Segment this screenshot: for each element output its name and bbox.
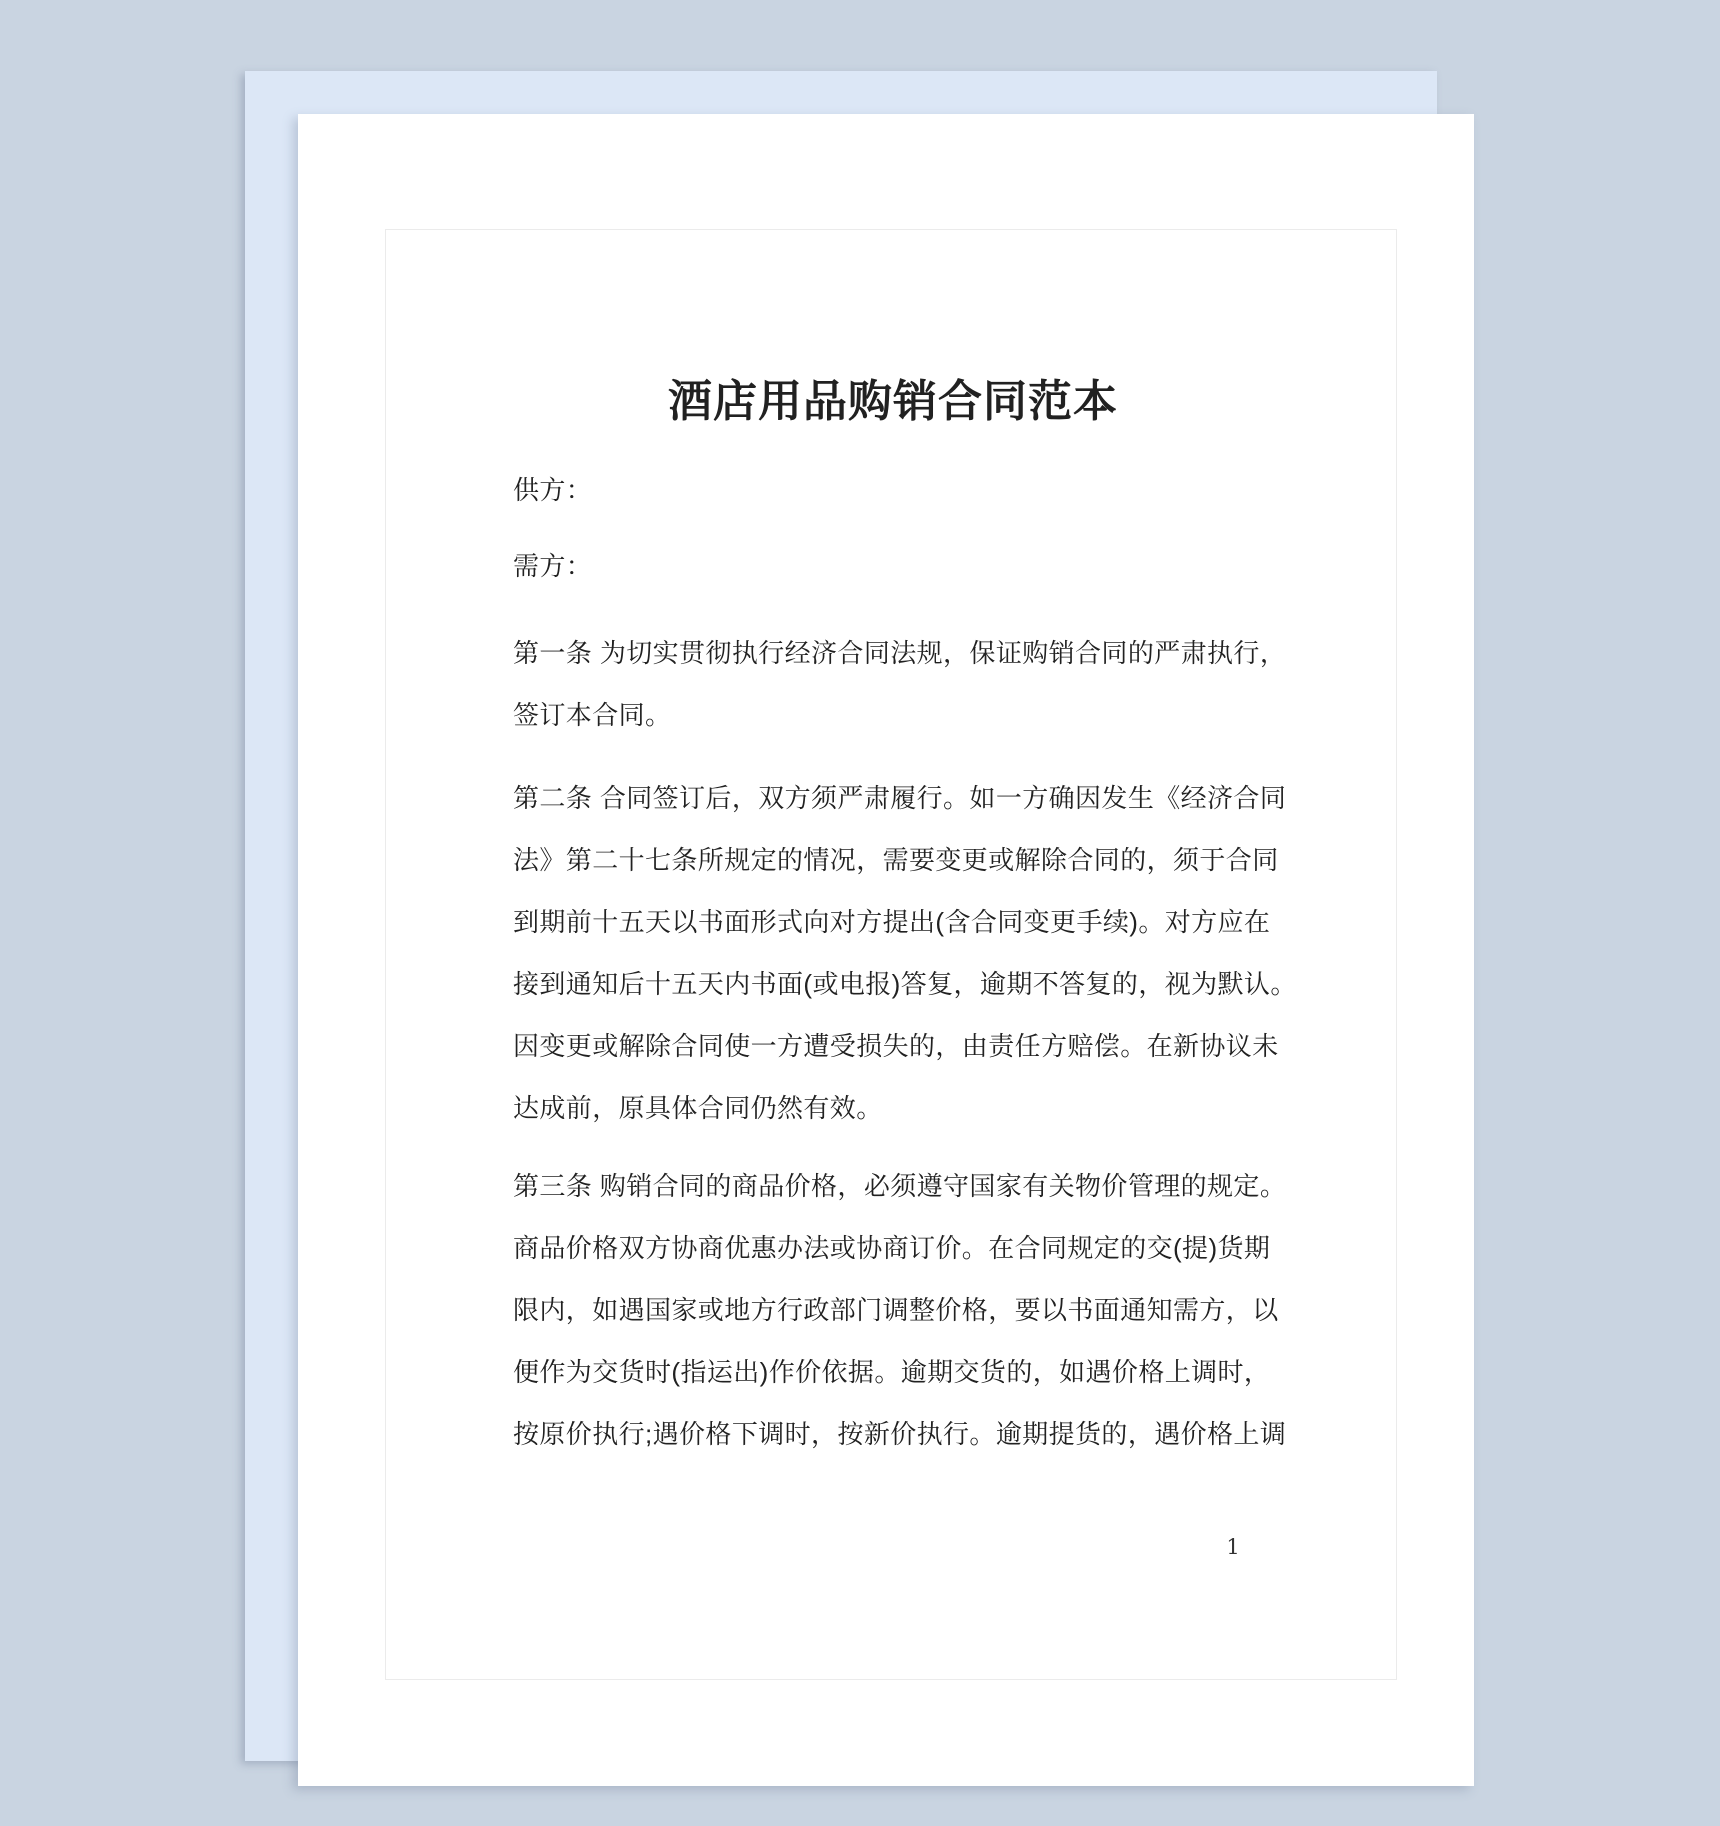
clause-3: 第三条 购销合同的商品价格，必须遵守国家有关物价管理的规定。商品价格双方协商优惠… [513, 1155, 1273, 1465]
document-viewer: 酒店用品购销合同范本 供方：需方：第一条 为切实贯彻执行经济合同法规，保证购销合… [0, 0, 1720, 1826]
clause-1: 第一条 为切实贯彻执行经济合同法规，保证购销合同的严肃执行，签订本合同。 [513, 622, 1273, 746]
supplier-line: 供方： [513, 459, 1273, 521]
text-line: 按原价执行;遇价格下调时，按新价执行。逾期提货的，遇价格上调 [513, 1403, 1273, 1465]
text-line: 商品价格双方协商优惠办法或协商订价。在合同规定的交(提)货期 [513, 1217, 1273, 1279]
page-number: 1 [1203, 1534, 1263, 1560]
text-line: 限内，如遇国家或地方行政部门调整价格，要以书面通知需方，以 [513, 1279, 1273, 1341]
text-line: 供方： [513, 459, 1273, 521]
text-line: 接到通知后十五天内书面(或电报)答复，逾期不答复的，视为默认。 [513, 953, 1273, 1015]
text-line: 签订本合同。 [513, 684, 1273, 746]
text-line: 第一条 为切实贯彻执行经济合同法规，保证购销合同的严肃执行， [513, 622, 1273, 684]
document-content: 供方：需方：第一条 为切实贯彻执行经济合同法规，保证购销合同的严肃执行，签订本合… [513, 114, 1273, 1786]
text-line: 第三条 购销合同的商品价格，必须遵守国家有关物价管理的规定。 [513, 1155, 1273, 1217]
text-line: 达成前，原具体合同仍然有效。 [513, 1077, 1273, 1139]
clause-2: 第二条 合同签订后，双方须严肃履行。如一方确因发生《经济合同法》第二十七条所规定… [513, 767, 1273, 1139]
text-line: 需方： [513, 535, 1273, 597]
text-line: 因变更或解除合同使一方遭受损失的，由责任方赔偿。在新协议未 [513, 1015, 1273, 1077]
text-line: 第二条 合同签订后，双方须严肃履行。如一方确因发生《经济合同 [513, 767, 1273, 829]
buyer-line: 需方： [513, 535, 1273, 597]
text-line: 法》第二十七条所规定的情况，需要变更或解除合同的，须于合同 [513, 829, 1273, 891]
text-line: 到期前十五天以书面形式向对方提出(含合同变更手续)。对方应在 [513, 891, 1273, 953]
document-page: 酒店用品购销合同范本 供方：需方：第一条 为切实贯彻执行经济合同法规，保证购销合… [298, 114, 1474, 1786]
text-line: 便作为交货时(指运出)作价依据。逾期交货的，如遇价格上调时， [513, 1341, 1273, 1403]
